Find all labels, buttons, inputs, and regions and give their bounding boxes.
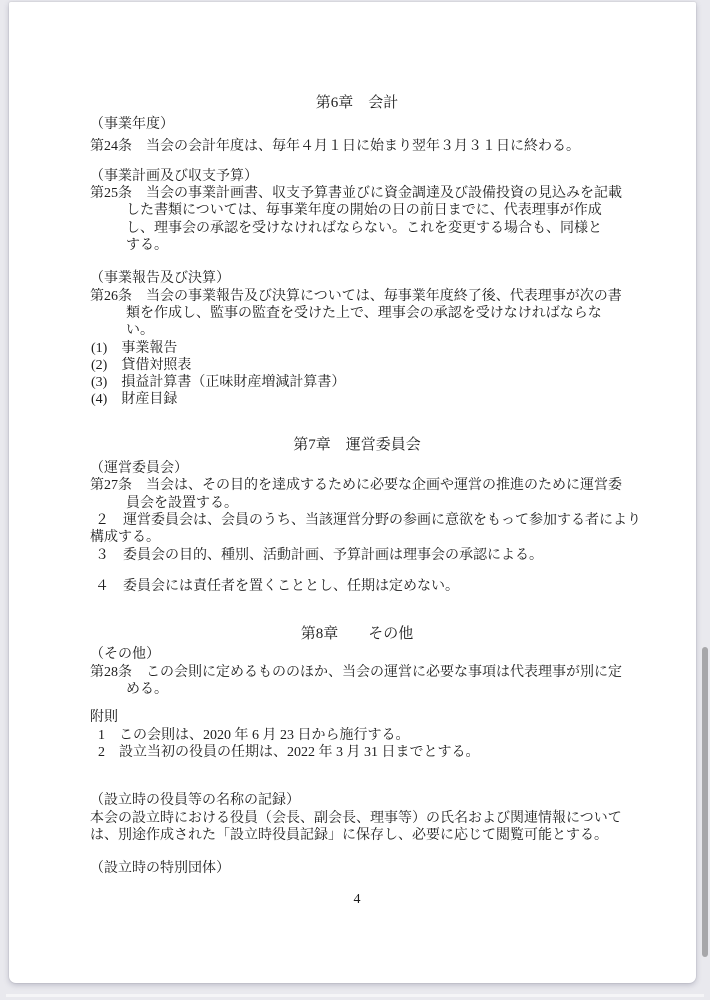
article-line: 第26条 当会の事業報告及び決算については、毎事業年度終了後、代表理事が次の書 [90,288,636,305]
article-line: 第25条 当会の事業計画書、収支予算書並びに資金調達及び設備投資の見込みを記載 [90,185,636,202]
article-label: （設立時の特別団体） [90,860,636,877]
article-label: （運営委員会） [90,460,636,477]
chapter-heading: 第6章 会計 [78,95,636,112]
paragraph-line: 構成する。 [90,529,636,546]
list-item-line: (3) 損益計算書（正味財産増減計算書） [90,374,636,391]
list-item-line: (4) 財産目録 [90,391,636,408]
article-label: （その他） [90,646,636,663]
article-label: （事業計画及び収支予算） [90,168,636,185]
document-page: 第6章 会計 （事業年度） 第24条 当会の会計年度は、毎年４月１日に始まり翌年… [9,2,696,983]
article-label: （事業年度） [90,116,636,133]
numbered-paragraph-line: 1 この会則は、2020 年 6 月 23 日から施行する。 [90,727,636,744]
article-line: 類を作成し、監事の監査を受けた上で、理事会の承認を受けなければならな [90,305,636,322]
paragraph-line: は、別途作成された「設立時役員記録」に保存し、必要に応じて閲覧可能とする。 [90,827,636,844]
chapter-heading: 第8章 その他 [78,626,636,643]
page-number: 4 [78,891,636,908]
numbered-paragraph-line: ４ 委員会には責任者を置くこととし、任期は定めない。 [90,578,636,595]
scrollbar-track[interactable] [696,0,710,1000]
article-label: （設立時の役員等の名称の記録） [90,792,636,809]
numbered-paragraph-line: ３ 委員会の目的、種別、活動計画、予算計画は理事会の承認による。 [90,547,636,564]
article-line: 第27条 当会は、その目的を達成するために必要な企画や運営の推進のために運営委 [90,477,636,494]
page-content: 第6章 会計 （事業年度） 第24条 当会の会計年度は、毎年４月１日に始まり翌年… [9,2,696,909]
list-item-line: (2) 貸借対照表 [90,357,636,374]
numbered-paragraph-line: ２ 運営委員会は、会員のうち、当該運営分野の参画に意欲をもって参加する者により [90,512,636,529]
article-line: 第24条 当会の会計年度は、毎年４月１日に始まり翌年３月３１日に終わる。 [90,138,636,155]
document-viewer: 第6章 会計 （事業年度） 第24条 当会の会計年度は、毎年４月１日に始まり翌年… [0,0,710,1000]
article-line: い。 [90,322,636,339]
scrollbar-thumb[interactable] [702,647,708,957]
supplementary-heading: 附則 [90,709,636,726]
paragraph-line: 本会の設立時における役員（会長、副会長、理事等）の氏名および関連情報について [90,810,636,827]
chapter-heading: 第7章 運営委員会 [78,437,636,454]
article-line: める。 [90,681,636,698]
article-line: 員会を設置する。 [90,495,636,512]
article-line: し、理事会の承認を受けなければならない。これを変更する場合も、同様と [90,220,636,237]
article-label: （事業報告及び決算） [90,270,636,287]
list-item-line: (1) 事業報告 [90,340,636,357]
article-line: 第28条 この会則に定めるもののほか、当会の運営に必要な事項は代表理事が別に定 [90,664,636,681]
article-line: した書類については、毎事業年度の開始の日の前日までに、代表理事が作成 [90,202,636,219]
numbered-paragraph-line: 2 設立当初の役員の任期は、2022 年 3 月 31 日までとする。 [90,744,636,761]
page-gap-highlight [6,994,704,997]
article-line: する。 [90,237,636,254]
